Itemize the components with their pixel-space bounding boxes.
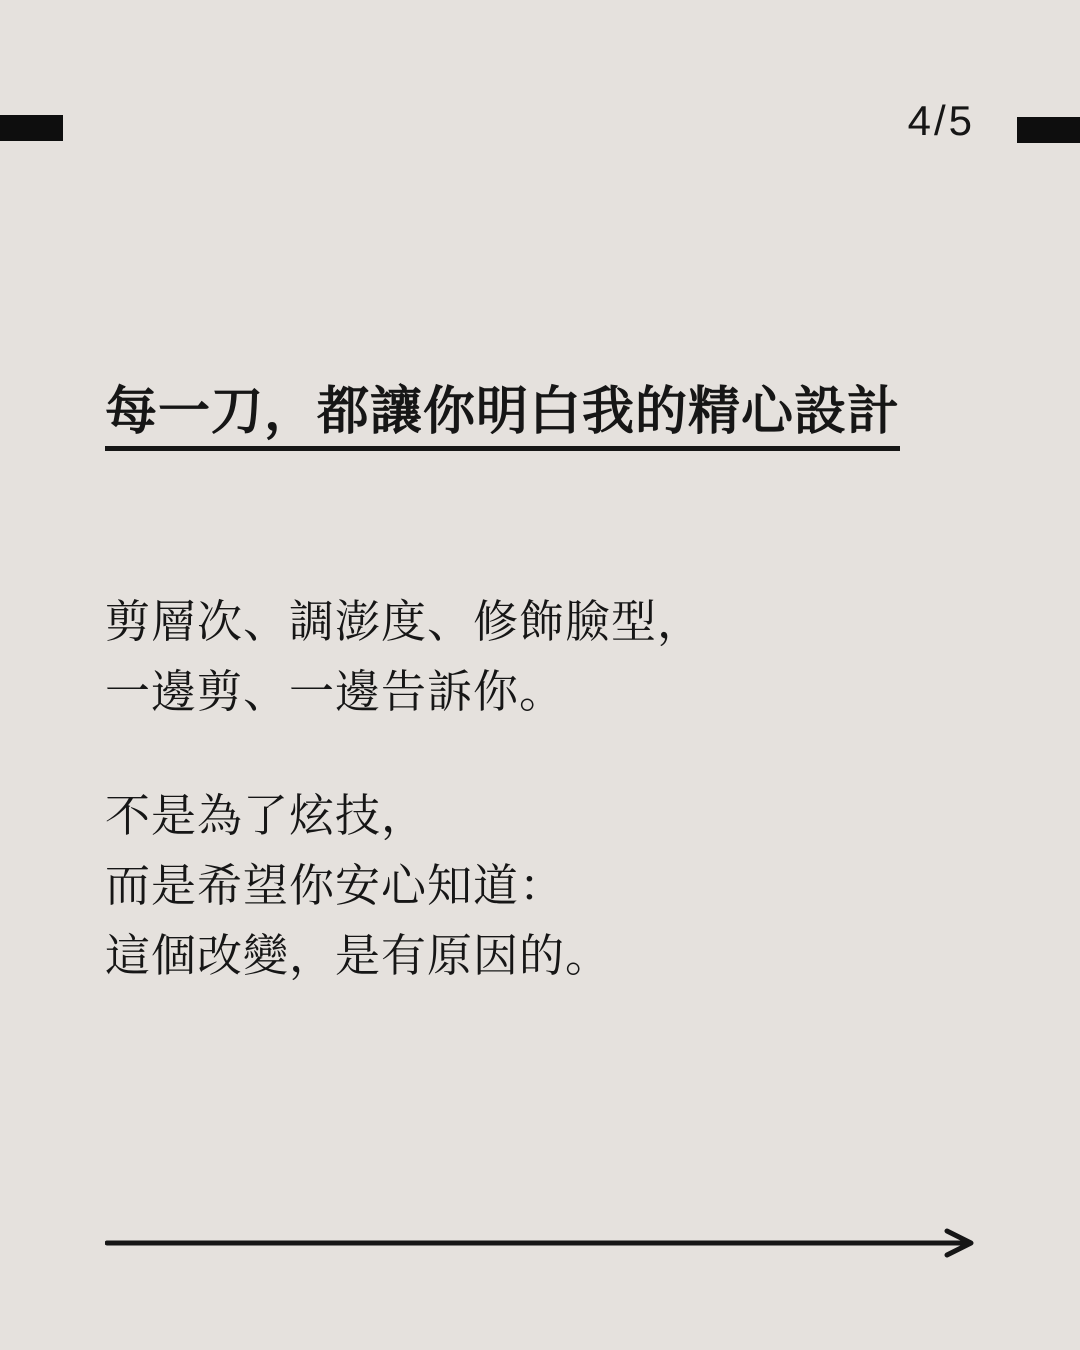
body-paragraph-1: 剪層次、調澎度、修飾臉型， 一邊剪、一邊告訴你。 — [105, 587, 703, 727]
body-line: 不是為了炫技， — [105, 781, 611, 851]
body-line: 這個改變，是有原因的。 — [105, 921, 611, 991]
body-line: 一邊剪、一邊告訴你。 — [105, 657, 703, 727]
arrow-right-icon — [105, 1228, 977, 1258]
carousel-slide: 4/5 每一刀，都讓你明白我的精心設計 剪層次、調澎度、修飾臉型， 一邊剪、一邊… — [0, 0, 1080, 1350]
body-line: 剪層次、調澎度、修飾臉型， — [105, 587, 703, 657]
slide-title: 每一刀，都讓你明白我的精心設計 — [105, 386, 900, 451]
right-edge-bar-icon — [1017, 117, 1080, 143]
body-line: 而是希望你安心知道： — [105, 851, 611, 921]
page-indicator: 4/5 — [908, 100, 975, 142]
body-paragraph-2: 不是為了炫技， 而是希望你安心知道： 這個改變，是有原因的。 — [105, 781, 611, 991]
left-edge-bar-icon — [0, 115, 63, 141]
